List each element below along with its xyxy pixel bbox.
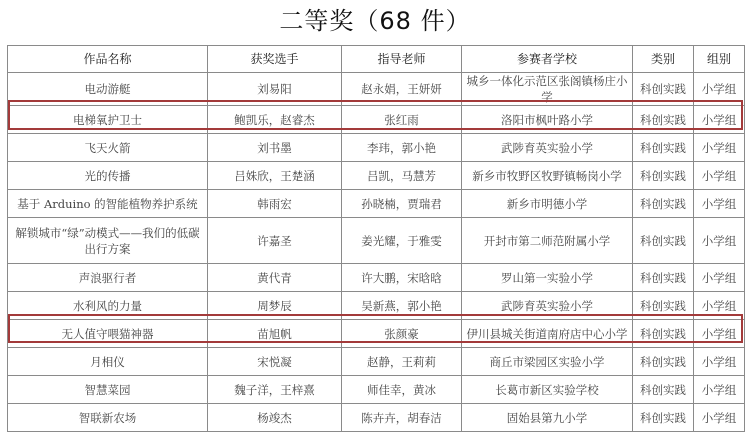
table-row: 基于 Arduino 的智能植物养护系统 韩雨宏 孙晓楠，贾瑞君 新乡市明德小学…: [8, 190, 745, 218]
cell-group: 小学组: [694, 162, 745, 190]
header-work-name: 作品名称: [8, 46, 208, 73]
cell-work: 声浪驱行者: [8, 264, 208, 292]
cell-work: 智慧菜园: [8, 376, 208, 404]
table-row: 智慧菜园 魏子洋，王梓熹 师佳幸，黄冰 长葛市新区实验学校 科创实践 小学组: [8, 376, 745, 404]
cell-school: 商丘市梁园区实验小学: [462, 348, 633, 376]
cell-school: 新乡市牧野区牧野镇畅岗小学: [462, 162, 633, 190]
table-row-highlighted: 无人值守喂猫神器 苗旭帆 张颜豪 伊川县城关街道南府店中心小学 科创实践 小学组: [8, 320, 745, 348]
cell-work: 飞天火箭: [8, 134, 208, 162]
cell-school: 伊川县城关街道南府店中心小学: [462, 320, 633, 348]
cell-teachers: 吕凯，马慧芳: [342, 162, 462, 190]
cell-work: 月相仪: [8, 348, 208, 376]
table-row: 水利风的力量 周梦辰 吴新燕，郭小艳 武陟育英实验小学 科创实践 小学组: [8, 292, 745, 320]
cell-teachers: 张颜豪: [342, 320, 462, 348]
table-row: 声浪驱行者 黄代青 许大鹏，宋晗晗 罗山第一实验小学 科创实践 小学组: [8, 264, 745, 292]
page-title: 二等奖（68 件）: [0, 6, 750, 36]
cell-students: 周梦辰: [208, 292, 342, 320]
cell-students: 杨竣杰: [208, 404, 342, 432]
cell-teachers: 孙晓楠，贾瑞君: [342, 190, 462, 218]
cell-students: 吕姝欣，王楚涵: [208, 162, 342, 190]
table-row: 智联新农场 杨竣杰 陈卉卉，胡春洁 固始县第九小学 科创实践 小学组: [8, 404, 745, 432]
table-header-row: 作品名称 获奖选手 指导老师 参赛者学校 类别 组别: [8, 46, 745, 73]
cell-teachers: 许大鹏，宋晗晗: [342, 264, 462, 292]
cell-work: 光的传播: [8, 162, 208, 190]
table-row: 电动游艇 刘易阳 赵永娟，王妍妍 城乡一体化示范区张阁镇杨庄小学 科创实践 小学…: [8, 73, 745, 106]
cell-category: 科创实践: [633, 348, 694, 376]
cell-school: 武陟育英实验小学: [462, 134, 633, 162]
cell-students: 刘易阳: [208, 73, 342, 106]
cell-group: 小学组: [694, 134, 745, 162]
cell-teachers: 李玮，郭小艳: [342, 134, 462, 162]
cell-group: 小学组: [694, 348, 745, 376]
cell-school: 开封市第二师范附属小学: [462, 218, 633, 264]
header-students: 获奖选手: [208, 46, 342, 73]
table-row-highlighted: 电梯氧护卫士 鲍凯乐，赵睿杰 张红雨 洛阳市枫叶路小学 科创实践 小学组: [8, 106, 745, 134]
cell-category: 科创实践: [633, 292, 694, 320]
cell-work: 智联新农场: [8, 404, 208, 432]
cell-students: 宋悦凝: [208, 348, 342, 376]
table-row: 月相仪 宋悦凝 赵静，王莉莉 商丘市梁园区实验小学 科创实践 小学组: [8, 348, 745, 376]
cell-teachers: 姜光耀，于雅雯: [342, 218, 462, 264]
cell-group: 小学组: [694, 292, 745, 320]
cell-school: 城乡一体化示范区张阁镇杨庄小学: [462, 73, 633, 106]
cell-students: 魏子洋，王梓熹: [208, 376, 342, 404]
cell-teachers: 张红雨: [342, 106, 462, 134]
cell-work: 电梯氧护卫士: [8, 106, 208, 134]
cell-category: 科创实践: [633, 404, 694, 432]
cell-category: 科创实践: [633, 376, 694, 404]
cell-group: 小学组: [694, 190, 745, 218]
cell-school: 洛阳市枫叶路小学: [462, 106, 633, 134]
table-row: 飞天火箭 刘书墨 李玮，郭小艳 武陟育英实验小学 科创实践 小学组: [8, 134, 745, 162]
cell-work: 水利风的力量: [8, 292, 208, 320]
cell-group: 小学组: [694, 264, 745, 292]
cell-school: 武陟育英实验小学: [462, 292, 633, 320]
table-row: 解锁城市“绿”动模式——我们的低碳出行方案 许嘉圣 姜光耀，于雅雯 开封市第二师…: [8, 218, 745, 264]
cell-category: 科创实践: [633, 320, 694, 348]
cell-students: 黄代青: [208, 264, 342, 292]
cell-work: 电动游艇: [8, 73, 208, 106]
cell-teachers: 吴新燕，郭小艳: [342, 292, 462, 320]
cell-group: 小学组: [694, 404, 745, 432]
cell-teachers: 陈卉卉，胡春洁: [342, 404, 462, 432]
header-school: 参赛者学校: [462, 46, 633, 73]
header-category: 类别: [633, 46, 694, 73]
cell-category: 科创实践: [633, 106, 694, 134]
header-teachers: 指导老师: [342, 46, 462, 73]
cell-category: 科创实践: [633, 73, 694, 106]
cell-school: 长葛市新区实验学校: [462, 376, 633, 404]
cell-teachers: 师佳幸，黄冰: [342, 376, 462, 404]
cell-category: 科创实践: [633, 218, 694, 264]
cell-students: 刘书墨: [208, 134, 342, 162]
cell-group: 小学组: [694, 320, 745, 348]
cell-category: 科创实践: [633, 162, 694, 190]
cell-students: 鲍凯乐，赵睿杰: [208, 106, 342, 134]
cell-students: 苗旭帆: [208, 320, 342, 348]
cell-work: 解锁城市“绿”动模式——我们的低碳出行方案: [8, 218, 208, 264]
cell-school: 新乡市明德小学: [462, 190, 633, 218]
cell-group: 小学组: [694, 73, 745, 106]
cell-teachers: 赵静，王莉莉: [342, 348, 462, 376]
cell-students: 许嘉圣: [208, 218, 342, 264]
cell-school: 罗山第一实验小学: [462, 264, 633, 292]
cell-teachers: 赵永娟，王妍妍: [342, 73, 462, 106]
cell-students: 韩雨宏: [208, 190, 342, 218]
cell-category: 科创实践: [633, 264, 694, 292]
cell-work: 无人值守喂猫神器: [8, 320, 208, 348]
cell-group: 小学组: [694, 376, 745, 404]
table-row: 光的传播 吕姝欣，王楚涵 吕凯，马慧芳 新乡市牧野区牧野镇畅岗小学 科创实践 小…: [8, 162, 745, 190]
cell-group: 小学组: [694, 218, 745, 264]
cell-category: 科创实践: [633, 134, 694, 162]
cell-category: 科创实践: [633, 190, 694, 218]
awards-table: 作品名称 获奖选手 指导老师 参赛者学校 类别 组别 电动游艇 刘易阳 赵永娟，…: [7, 45, 745, 432]
cell-work: 基于 Arduino 的智能植物养护系统: [8, 190, 208, 218]
cell-group: 小学组: [694, 106, 745, 134]
cell-school: 固始县第九小学: [462, 404, 633, 432]
header-group: 组别: [694, 46, 745, 73]
